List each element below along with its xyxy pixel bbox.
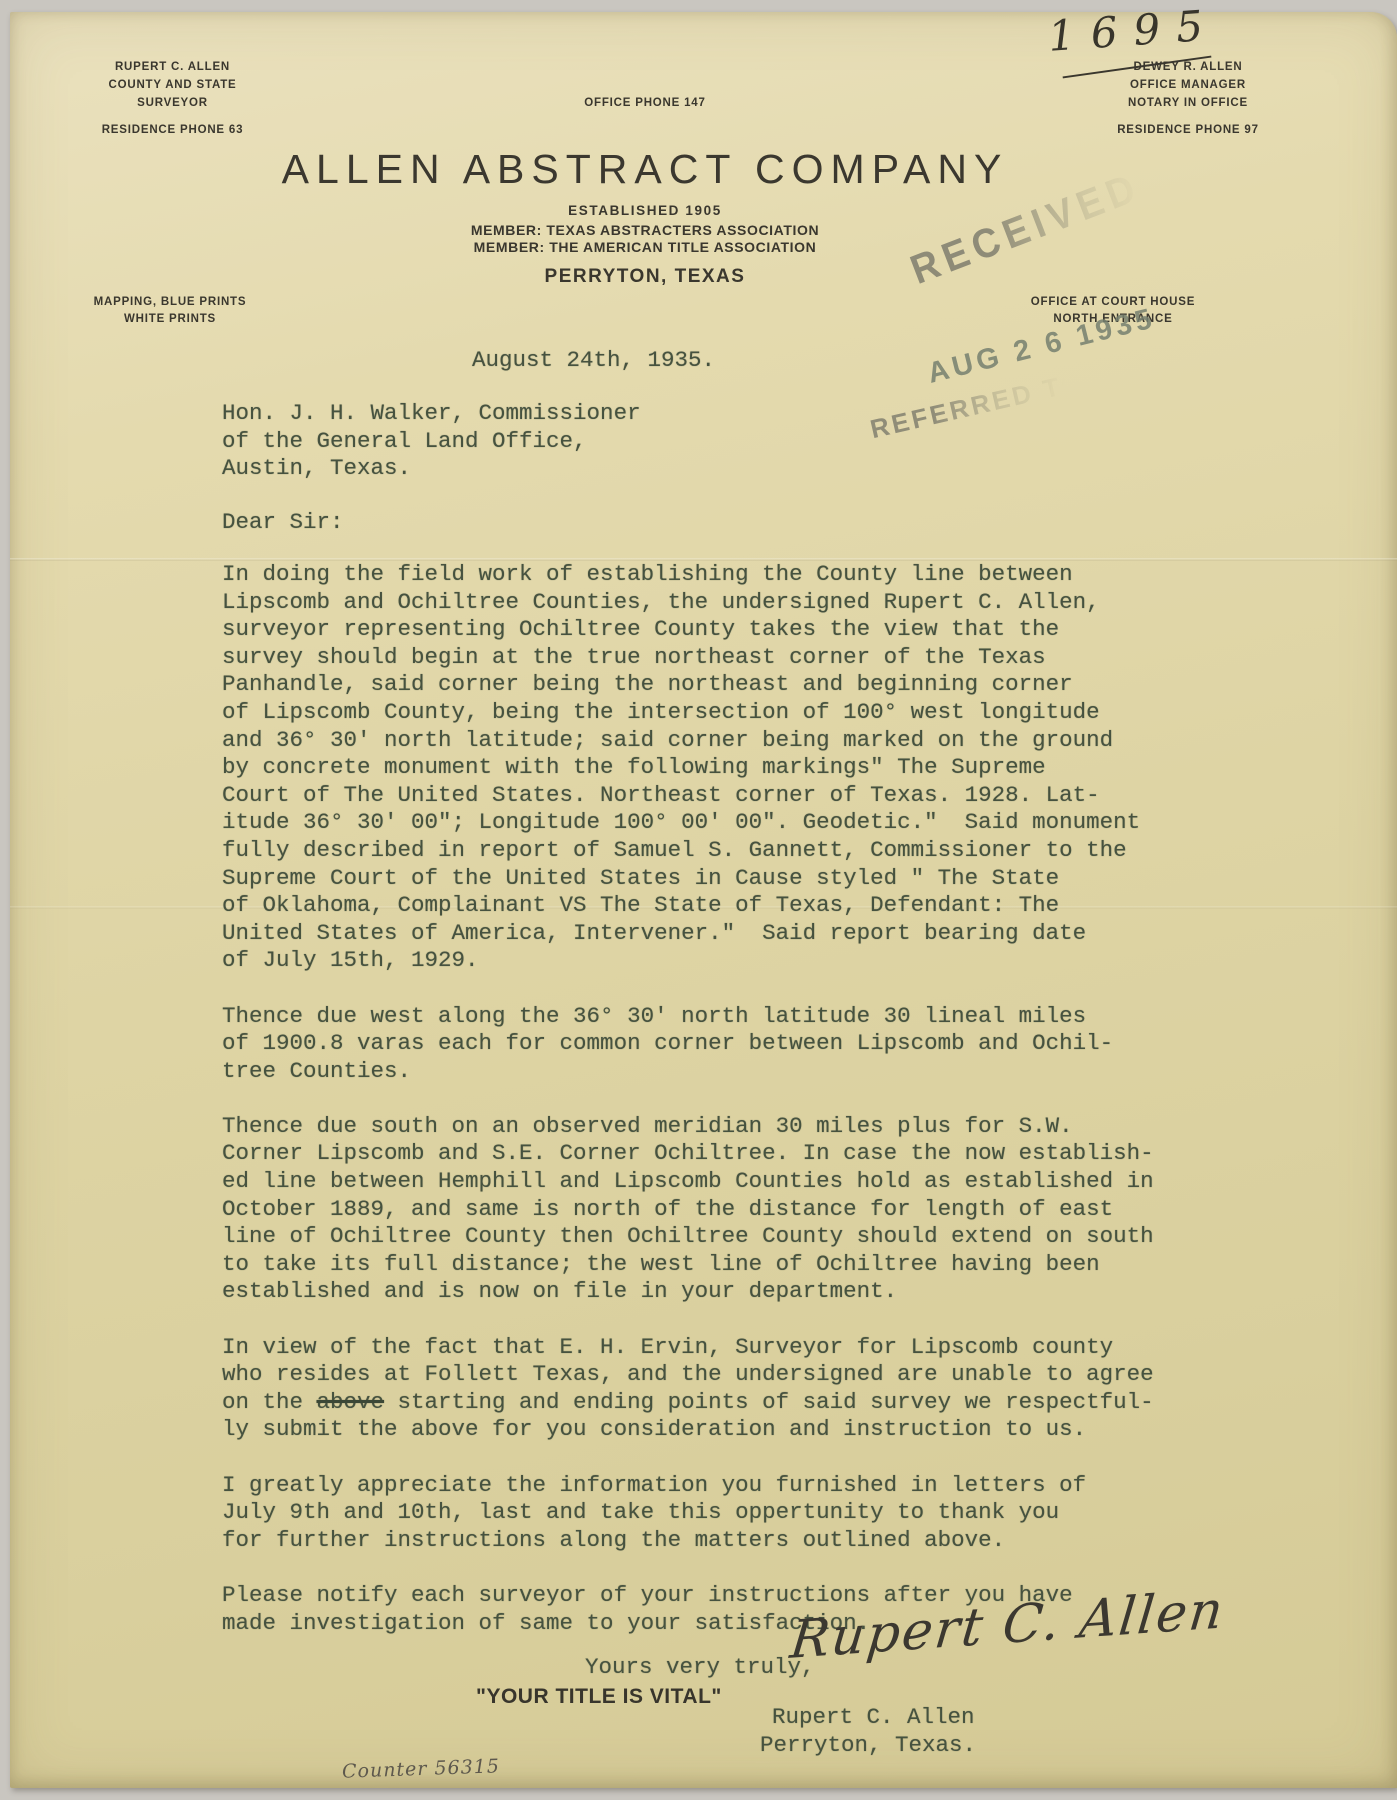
letter-paragraph: In doing the field work of establishing … bbox=[222, 561, 1154, 975]
residence-phone: RESIDENCE PHONE 63 bbox=[85, 121, 260, 139]
letter-paragraph: In view of the fact that E. H. Ervin, Su… bbox=[222, 1334, 1154, 1444]
letter-line: and 36° 30' north latitude; said corner … bbox=[222, 727, 1154, 755]
service-line: MAPPING, BLUE PRINTS bbox=[75, 294, 265, 311]
recipient-block: Hon. J. H. Walker, Commissioner of the G… bbox=[222, 400, 641, 483]
letter-line: surveyor representing Ochiltree County t… bbox=[222, 616, 1154, 644]
letter-paragraph: Thence due south on an observed meridian… bbox=[222, 1113, 1154, 1306]
letter-line: Corner Lipscomb and S.E. Corner Ochiltre… bbox=[222, 1140, 1154, 1168]
officer-name: DEWEY R. ALLEN bbox=[1088, 58, 1288, 76]
recipient-line: Hon. J. H. Walker, Commissioner bbox=[222, 400, 641, 428]
letter-line: who resides at Follett Texas, and the un… bbox=[222, 1361, 1154, 1389]
letter-line: on the above starting and ending points … bbox=[222, 1389, 1154, 1417]
letterhead-left-officer: RUPERT C. ALLEN COUNTY AND STATE SURVEYO… bbox=[85, 58, 260, 139]
letter-line: for further instructions along the matte… bbox=[222, 1527, 1154, 1555]
letter-paragraph: I greatly appreciate the information you… bbox=[222, 1472, 1154, 1555]
city-line: PERRYTON, TEXAS bbox=[0, 266, 1290, 288]
officer-title: OFFICE MANAGER bbox=[1088, 76, 1288, 94]
handwritten-file-number: 1695 bbox=[1046, 0, 1220, 61]
letter-line: itude 36° 30' 00"; Longitude 100° 00' 00… bbox=[222, 809, 1154, 837]
recipient-line: of the General Land Office, bbox=[222, 428, 641, 456]
letterhead-right-officer: DEWEY R. ALLEN OFFICE MANAGER NOTARY IN … bbox=[1088, 58, 1288, 139]
letter-line: by concrete monument with the following … bbox=[222, 754, 1154, 782]
location-line: OFFICE AT COURT HOUSE bbox=[1018, 294, 1208, 311]
salutation: Dear Sir: bbox=[222, 509, 344, 537]
letter-line: In view of the fact that E. H. Ervin, Su… bbox=[222, 1334, 1154, 1362]
letter-line: of 1900.8 varas each for common corner b… bbox=[222, 1030, 1154, 1058]
letter-line: established and is now on file in your d… bbox=[222, 1278, 1154, 1306]
typed-signer-name: Rupert C. Allen bbox=[772, 1704, 975, 1732]
letter-line: Thence due south on an observed meridian… bbox=[222, 1113, 1154, 1141]
letter-line: of Lipscomb County, being the intersecti… bbox=[222, 699, 1154, 727]
letter-line: tree Counties. bbox=[222, 1058, 1154, 1086]
scanned-letter: 1695 RUPERT C. ALLEN COUNTY AND STATE SU… bbox=[0, 0, 1397, 1800]
letter-line: of Oklahoma, Complainant VS The State of… bbox=[222, 892, 1154, 920]
letter-line: I greatly appreciate the information you… bbox=[222, 1472, 1154, 1500]
letter-line: ly submit the above for you consideratio… bbox=[222, 1416, 1154, 1444]
service-line: WHITE PRINTS bbox=[75, 311, 265, 328]
letter-body: In doing the field work of establishing … bbox=[222, 561, 1154, 1637]
letter-date: August 24th, 1935. bbox=[472, 347, 715, 375]
pencil-counter-note: Counter 56315 bbox=[342, 1755, 501, 1782]
membership-line: MEMBER: THE AMERICAN TITLE ASSOCIATION bbox=[0, 239, 1290, 256]
recipient-line: Austin, Texas. bbox=[222, 455, 641, 483]
officer-title: SURVEYOR bbox=[85, 94, 260, 112]
residence-phone: RESIDENCE PHONE 97 bbox=[1088, 121, 1288, 139]
letter-line: fully described in report of Samuel S. G… bbox=[222, 837, 1154, 865]
officer-title: NOTARY IN OFFICE bbox=[1088, 94, 1288, 112]
letter-line: Supreme Court of the United States in Ca… bbox=[222, 865, 1154, 893]
slogan: "YOUR TITLE IS VITAL" bbox=[476, 1685, 722, 1709]
office-phone: OFFICE PHONE 147 bbox=[545, 94, 745, 112]
services-list: MAPPING, BLUE PRINTS WHITE PRINTS bbox=[75, 294, 265, 327]
letter-line: to take its full distance; the west line… bbox=[222, 1251, 1154, 1279]
closing-line: Yours very truly, bbox=[585, 1654, 815, 1682]
letter-line: October 1889, and same is north of the d… bbox=[222, 1196, 1154, 1224]
letter-line: ed line between Hemphill and Lipscomb Co… bbox=[222, 1168, 1154, 1196]
letter-line: Court of The United States. Northeast co… bbox=[222, 782, 1154, 810]
officer-name: RUPERT C. ALLEN bbox=[85, 58, 260, 76]
letter-line: In doing the field work of establishing … bbox=[222, 561, 1154, 589]
officer-title: COUNTY AND STATE bbox=[85, 76, 260, 94]
letter-paragraph: Thence due west along the 36° 30' north … bbox=[222, 1003, 1154, 1086]
letter-line: of July 15th, 1929. bbox=[222, 947, 1154, 975]
letter-line: Lipscomb and Ochiltree Counties, the und… bbox=[222, 589, 1154, 617]
letter-line: July 9th and 10th, last and take this op… bbox=[222, 1499, 1154, 1527]
letter-line: Panhandle, said corner being the northea… bbox=[222, 671, 1154, 699]
letter-line: Thence due west along the 36° 30' north … bbox=[222, 1003, 1154, 1031]
typed-signer-city: Perryton, Texas. bbox=[760, 1732, 976, 1760]
letter-line: United States of America, Intervener." S… bbox=[222, 920, 1154, 948]
struck-word: above bbox=[317, 1389, 385, 1415]
letter-line: line of Ochiltree County then Ochiltree … bbox=[222, 1223, 1154, 1251]
letter-line: survey should begin at the true northeas… bbox=[222, 644, 1154, 672]
